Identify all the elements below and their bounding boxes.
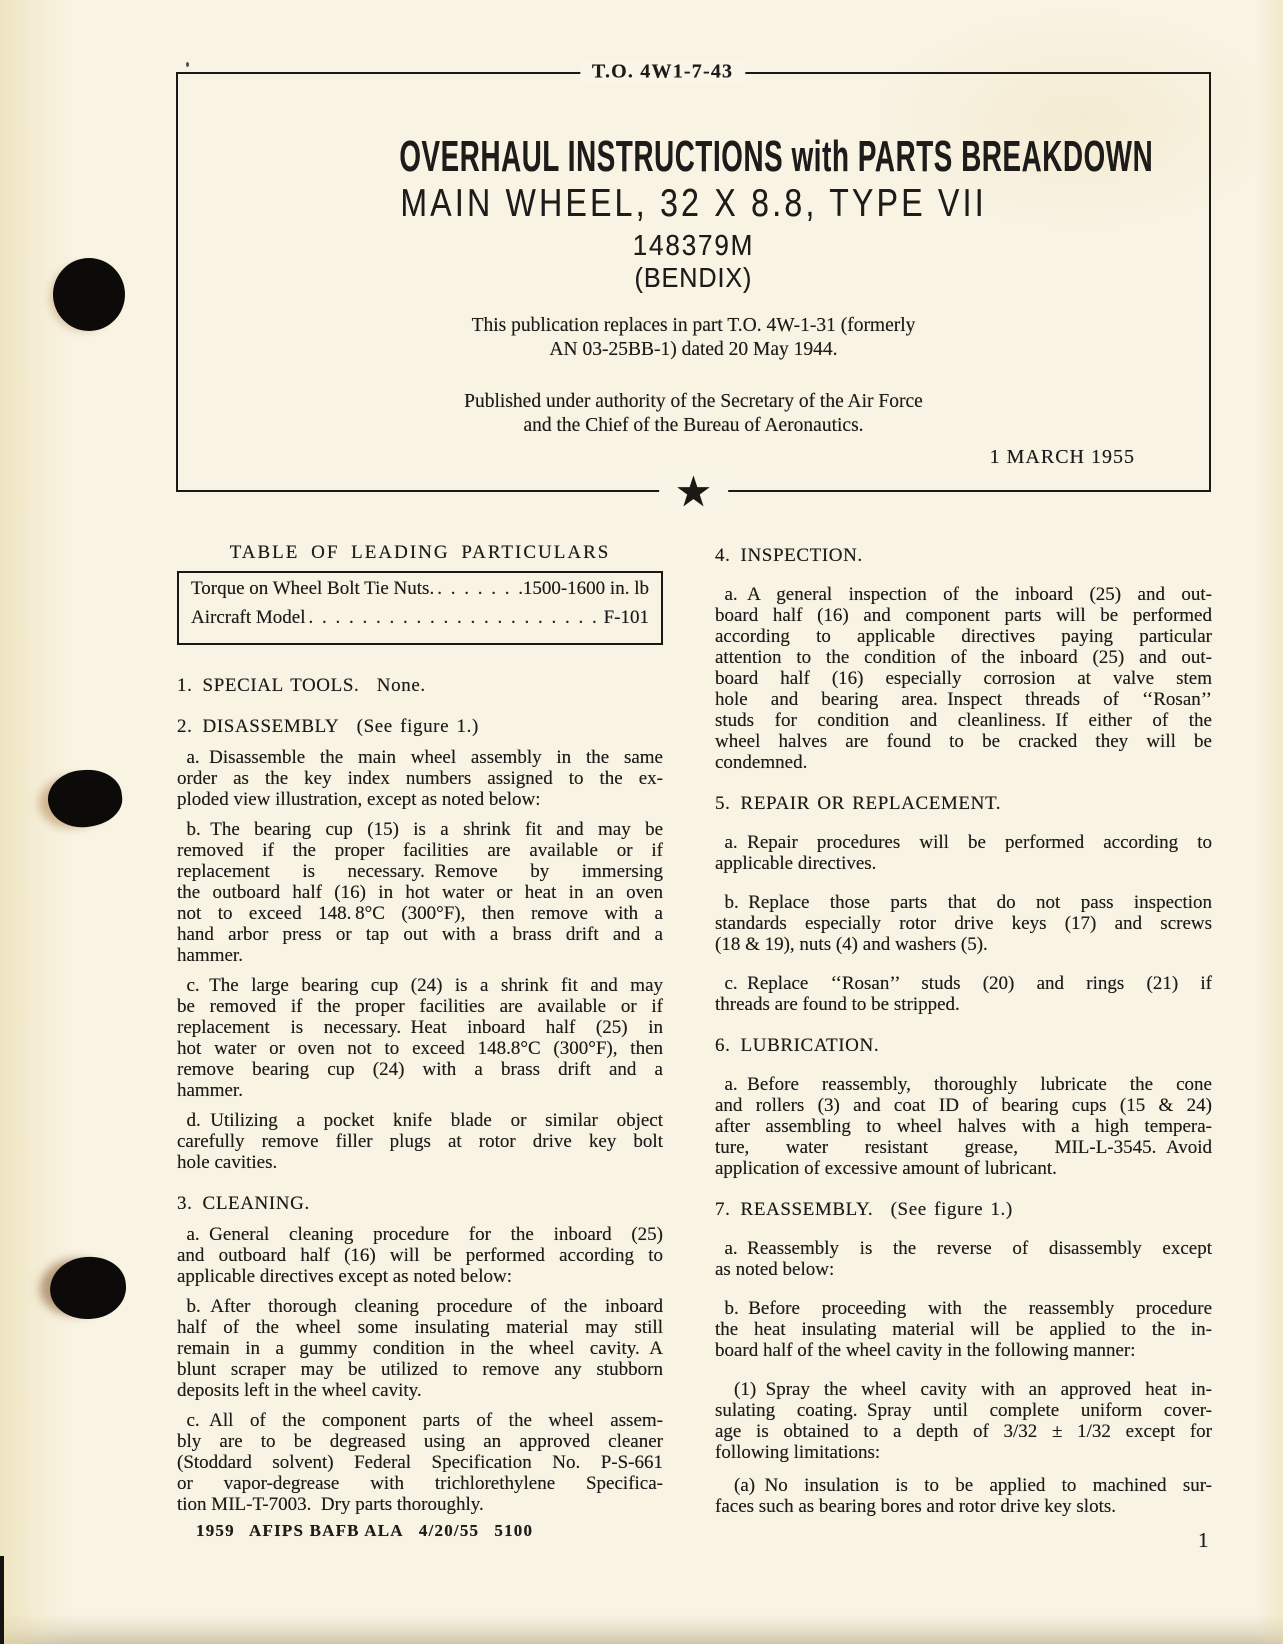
paragraph: b. Replace those parts that do not pass …: [715, 892, 1212, 955]
text-line: tion MIL-T-7003. Dry parts thoroughly.: [177, 1494, 663, 1515]
paragraph: a. Disassemble the main wheel assembly i…: [177, 747, 663, 810]
text-line: board half (16) especially corrosion at …: [715, 668, 1212, 689]
paragraph: b. After thorough cleaning procedure of …: [177, 1296, 663, 1401]
paragraph: b. The bearing cup (15) is a shrink fit …: [177, 819, 663, 966]
text-line: application of excessive amount of lubri…: [715, 1158, 1212, 1179]
text-line: replacement is necessary. Remove by imme…: [177, 861, 663, 882]
text-line: attention to the condition of the inboar…: [715, 647, 1212, 668]
text-line: wheel halves are found to be cracked the…: [715, 731, 1212, 752]
text-line: threads are found to be stripped.: [715, 994, 1212, 1015]
paragraph: c. Replace ‘‘Rosan’’ studs (20) and ring…: [715, 973, 1212, 1015]
text-line: remain in a gummy condition in the wheel…: [177, 1338, 663, 1359]
text-line: board half (16) and component parts will…: [715, 605, 1212, 626]
text-line: a. Before reassembly, thoroughly lubrica…: [715, 1074, 1212, 1095]
text-line: c. The large bearing cup (24) is a shrin…: [177, 975, 663, 996]
section-heading-cleaning: 3. CLEANING.: [177, 1193, 663, 1214]
punch-hole-middle: [45, 766, 125, 832]
paragraph: c. All of the component parts of the whe…: [177, 1410, 663, 1515]
table-row-value: 1500-1600 in. lb: [523, 578, 649, 600]
publication-date: 1 MARCH 1955: [990, 446, 1135, 469]
text-line: standards especially rotor drive keys (1…: [715, 913, 1212, 934]
part-number: 148379M: [178, 230, 1209, 263]
replaces-line: This publication replaces in part T.O. 4…: [178, 314, 1209, 338]
paragraph: a. Reassembly is the reverse of disassem…: [715, 1238, 1212, 1280]
title-block-box: T.O. 4W1-7-43 OVERHAUL INSTRUCTIONS with…: [176, 72, 1211, 492]
paragraph: a. Before reassembly, thoroughly lubrica…: [715, 1074, 1212, 1179]
paragraph: (a) No insulation is to be applied to ma…: [715, 1475, 1212, 1517]
punch-hole-top: [53, 258, 125, 331]
table-row-label: Torque on Wheel Bolt Tie Nuts.: [191, 578, 434, 600]
text-line: hammer.: [177, 1080, 663, 1101]
text-line: b. The bearing cup (15) is a shrink fit …: [177, 819, 663, 840]
text-line: hand arbor press or tap out with a brass…: [177, 924, 663, 945]
text-line: c. Replace ‘‘Rosan’’ studs (20) and ring…: [715, 973, 1212, 994]
text-line: not to exceed 148. 8°C (300°F), then rem…: [177, 903, 663, 924]
text-line: applicable directives.: [715, 853, 1212, 874]
table-row: Torque on Wheel Bolt Tie Nuts. . . . . .…: [191, 578, 649, 607]
text-line: hole and bearing area. Inspect threads o…: [715, 689, 1212, 710]
text-line: faces such as bearing bores and rotor dr…: [715, 1496, 1212, 1517]
text-line: (a) No insulation is to be applied to ma…: [715, 1475, 1212, 1496]
dot-leader: . . . . . . . . . . . . . . . . . . . . …: [434, 578, 523, 600]
table-row-value: F-101: [604, 607, 649, 629]
left-column: TABLE OF LEADING PARTICULARS Torque on W…: [177, 542, 663, 1515]
text-line: age is obtained to a depth of 3/32 ± 1/3…: [715, 1421, 1212, 1442]
authority-line: Published under authority of the Secreta…: [178, 390, 1209, 414]
replaces-line: AN 03-25BB-1) dated 20 May 1944.: [178, 338, 1209, 362]
text-line: board half of the wheel cavity in the fo…: [715, 1340, 1212, 1361]
right-column: 4. INSPECTION. a. A general inspection o…: [715, 545, 1212, 1517]
text-line: following limitations:: [715, 1442, 1212, 1463]
section-heading-reassembly: 7. REASSEMBLY. (See figure 1.): [715, 1199, 1212, 1220]
authority-line: and the Chief of the Bureau of Aeronauti…: [178, 414, 1209, 438]
scan-edge-artifact: [0, 1556, 4, 1644]
text-line: c. All of the component parts of the whe…: [177, 1410, 663, 1431]
text-line: remove bearing cup (24) with a brass dri…: [177, 1059, 663, 1080]
section-heading-disassembly: 2. DISASSEMBLY (See figure 1.): [177, 716, 663, 737]
text-line: blunt scraper may be utilized to remove …: [177, 1359, 663, 1380]
text-line: applicable directives except as noted be…: [177, 1266, 663, 1287]
text-line: the heat insulating material will be app…: [715, 1319, 1212, 1340]
text-line: and rollers (3) and coat ID of bearing c…: [715, 1095, 1212, 1116]
text-line: b. Before proceeding with the reassembly…: [715, 1298, 1212, 1319]
text-line: (Stoddard solvent) Federal Specification…: [177, 1452, 663, 1473]
star-icon: ★: [659, 472, 729, 512]
paragraph: a. General cleaning procedure for the in…: [177, 1224, 663, 1287]
punch-hole-bottom: [47, 1254, 128, 1322]
paragraph: c. The large bearing cup (24) is a shrin…: [177, 975, 663, 1101]
paragraph: b. Before proceeding with the reassembly…: [715, 1298, 1212, 1361]
text-line: as noted below:: [715, 1259, 1212, 1280]
text-line: half of the wheel some insulating materi…: [177, 1317, 663, 1338]
text-line: deposits left in the wheel cavity.: [177, 1380, 663, 1401]
printer-imprint: 1959 AFIPS BAFB ALA 4/20/55 5100: [196, 1521, 533, 1541]
section-heading-lubrication: 6. LUBRICATION.: [715, 1035, 1212, 1056]
scanned-document-page: T.O. 4W1-7-43 OVERHAUL INSTRUCTIONS with…: [0, 0, 1283, 1644]
text-line: sulating coating. Spray until complete u…: [715, 1400, 1212, 1421]
text-line: according to applicable directives payin…: [715, 626, 1212, 647]
paragraph: (1) Spray the wheel cavity with an appro…: [715, 1379, 1212, 1463]
text-line: a. General cleaning procedure for the in…: [177, 1224, 663, 1245]
document-subtitle: MAIN WHEEL, 32 X 8.8, TYPE VII: [178, 182, 1209, 226]
to-number: T.O. 4W1-7-43: [580, 61, 745, 84]
text-line: order as the key index numbers assigned …: [177, 768, 663, 789]
text-line: (1) Spray the wheel cavity with an appro…: [715, 1379, 1212, 1400]
text-line: d. Utilizing a pocket knife blade or sim…: [177, 1110, 663, 1131]
text-line: after assembling to wheel halves with a …: [715, 1116, 1212, 1137]
text-line: bly are to be degreased using an approve…: [177, 1431, 663, 1452]
text-line: a. Disassemble the main wheel assembly i…: [177, 747, 663, 768]
table-row-label: Aircraft Model: [191, 607, 305, 629]
text-line: b. After thorough cleaning procedure of …: [177, 1296, 663, 1317]
text-line: and outboard half (16) will be performed…: [177, 1245, 663, 1266]
text-line: a. A general inspection of the inboard (…: [715, 584, 1212, 605]
text-line: a. Repair procedures will be performed a…: [715, 832, 1212, 853]
paragraph: d. Utilizing a pocket knife blade or sim…: [177, 1110, 663, 1173]
manufacturer: (BENDIX): [178, 262, 1209, 294]
text-line: hot water or oven not to exceed 148.8°C …: [177, 1038, 663, 1059]
section-heading-special-tools: 1. SPECIAL TOOLS. None.: [177, 675, 663, 696]
paragraph: a. Repair procedures will be performed a…: [715, 832, 1212, 874]
text-line: ture, water resistant grease, MIL-L-3545…: [715, 1137, 1212, 1158]
section-heading-inspection: 4. INSPECTION.: [715, 545, 1212, 566]
text-line: ploded view illustration, except as note…: [177, 789, 663, 810]
text-line: or vapor-degrease with trichlorethylene …: [177, 1473, 663, 1494]
dot-leader: . . . . . . . . . . . . . . . . . . . . …: [305, 607, 603, 629]
text-line: removed if the proper facilities are ava…: [177, 840, 663, 861]
leading-particulars-table: Torque on Wheel Bolt Tie Nuts. . . . . .…: [177, 571, 663, 645]
ink-speck: [186, 62, 189, 67]
text-line: studs for condition and cleanliness. If …: [715, 710, 1212, 731]
document-title: OVERHAUL INSTRUCTIONS with PARTS BREAKDO…: [178, 132, 1209, 182]
table-row: Aircraft Model . . . . . . . . . . . . .…: [191, 607, 649, 636]
paragraph: a. A general inspection of the inboard (…: [715, 584, 1212, 773]
text-line: hammer.: [177, 945, 663, 966]
text-line: replacement is necessary. Heat inboard h…: [177, 1017, 663, 1038]
text-line: hole cavities.: [177, 1152, 663, 1173]
text-line: condemned.: [715, 752, 1212, 773]
text-line: the outboard half (16) in hot water or h…: [177, 882, 663, 903]
replaces-note: This publication replaces in part T.O. 4…: [178, 314, 1209, 362]
text-line: (18 & 19), nuts (4) and washers (5).: [715, 934, 1212, 955]
text-line: be removed if the proper facilities are …: [177, 996, 663, 1017]
text-line: a. Reassembly is the reverse of disassem…: [715, 1238, 1212, 1259]
text-line: carefully remove filler plugs at rotor d…: [177, 1131, 663, 1152]
leading-particulars-heading: TABLE OF LEADING PARTICULARS: [177, 542, 663, 564]
authority-note: Published under authority of the Secreta…: [178, 390, 1209, 438]
section-heading-repair: 5. REPAIR OR REPLACEMENT.: [715, 793, 1212, 814]
text-line: b. Replace those parts that do not pass …: [715, 892, 1212, 913]
page-number: 1: [1198, 1528, 1209, 1553]
